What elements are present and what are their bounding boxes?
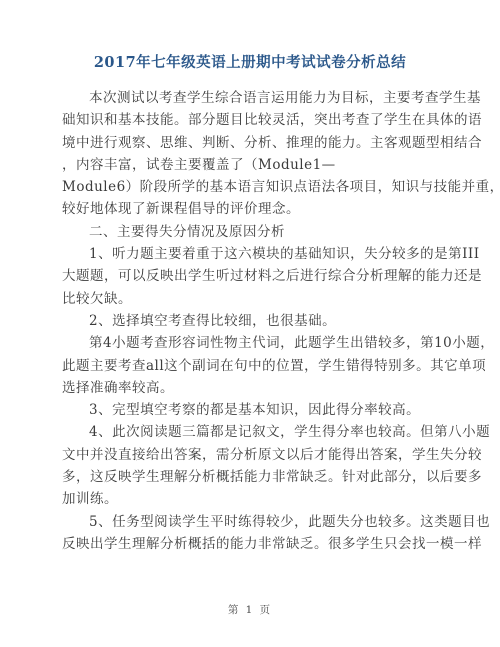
document-page: 2017年七年级英语上册期中考试试卷分析总结 本次测试以考查学生综合语言运用能力…: [0, 0, 500, 647]
text-line: 二、主要得失分情况及原因分析: [62, 221, 440, 243]
text-line: 4、此次阅读题三篇都是记叙文，学生得分率也较高。但第八小题: [62, 421, 440, 443]
text-line: ，内容丰富，试卷主要覆盖了（Module1—: [62, 154, 440, 176]
document-title: 2017年七年级英语上册期中考试试卷分析总结: [0, 53, 500, 73]
text-line: Module6）阶段所学的基本语言知识点语法各项目，知识与技能并重，: [62, 176, 440, 198]
text-line: 1、听力题主要着重于这六模块的基础知识，失分较多的是第III: [62, 243, 440, 265]
text-line: 反映出学生理解分析概括的能力非常缺乏。很多学生只会找一模一样: [62, 533, 440, 555]
text-line: 第4小题考查形容词性物主代词，此题学生出错较多，第10小题，: [62, 332, 440, 354]
text-line: 础知识和基本技能。部分题目比较灵活，突出考查了学生在具体的语: [62, 109, 440, 131]
text-line: 文中并没直接给出答案，需分析原文以后才能得出答案，学生失分较: [62, 444, 440, 466]
text-line: 大题题，可以反映出学生听过材料之后进行综合分析理解的能力还是: [62, 265, 440, 287]
text-line: 2、选择填空考查得比较细，也很基础。: [62, 310, 440, 332]
text-line: 5、任务型阅读学生平时练得较少，此题失分也较多。这类题目也: [62, 511, 440, 533]
text-line: 加训练。: [62, 488, 440, 510]
page-number: 第 1 页: [0, 602, 500, 617]
text-line: 多，这反映学生理解分析概括能力非常缺乏。针对此部分，以后要多: [62, 466, 440, 488]
text-line: 境中进行观察、思维、判断、分析、推理的能力。主客观题型相结合: [62, 132, 440, 154]
text-line: 3、完型填空考察的都是基本知识，因此得分率较高。: [62, 399, 440, 421]
text-line: 选择准确率较高。: [62, 377, 440, 399]
text-line: 比较欠缺。: [62, 288, 440, 310]
text-line: 此题主要考查all这个副词在句中的位置，学生错得特别多。其它单项: [62, 355, 440, 377]
text-line: 较好地体现了新课程倡导的评价理念。: [62, 198, 440, 220]
text-line: 本次测试以考查学生综合语言运用能力为目标，主要考查学生基: [62, 87, 440, 109]
document-body: 本次测试以考查学生综合语言运用能力为目标，主要考查学生基础知识和基本技能。部分题…: [62, 87, 440, 555]
